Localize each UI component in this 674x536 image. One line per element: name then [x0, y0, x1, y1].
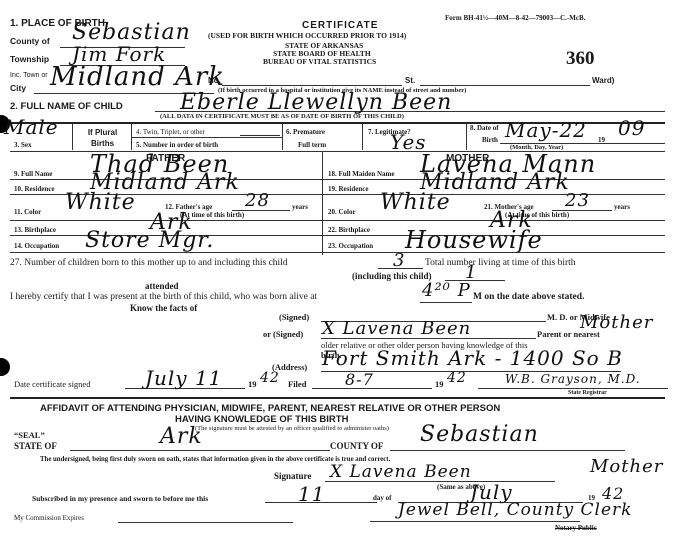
child-name-value: Eberle Llewellyn Been	[180, 90, 452, 115]
plural-label: If Plural Births	[80, 127, 125, 149]
father-color-value: White	[65, 190, 136, 215]
father-age-value: 28	[245, 190, 270, 211]
living-label: Total number living at time of this birt…	[425, 258, 576, 268]
father-age-unit: years	[292, 203, 308, 211]
mother-age-unit: years	[614, 203, 630, 211]
affidavit-state-label: STATE OF	[14, 441, 57, 451]
birth-time-value: 4²⁰ P	[422, 280, 471, 301]
registrar-signature: W.B. Grayson, M.D.	[505, 372, 641, 386]
attended-label: attended	[145, 281, 179, 291]
form-number: Form BH-41½—40M—8-42—79003—C.-McB.	[445, 14, 585, 22]
certificate-title: CERTIFICATE	[302, 20, 378, 31]
know-facts-label: Know the facts of	[130, 303, 197, 313]
order-label: 5. Number in order of birth	[136, 141, 218, 149]
notary-label: Notary Public	[555, 524, 597, 532]
filed-year-value: 42	[447, 370, 467, 386]
filed-value: 8-7	[345, 370, 374, 389]
day-of-label: day of	[373, 494, 391, 502]
affidavit-note: (The signature must be attested by an of…	[195, 425, 389, 432]
all-data-note: (ALL DATA IN CERTIFICATE MUST BE AS OF D…	[160, 113, 404, 120]
twin-label: 4. Twin, Triplet, or other	[136, 128, 205, 136]
certificate-subtitle: (USED FOR BIRTH WHICH OCCURRED PRIOR TO …	[208, 31, 406, 40]
commission-label: My Commission Expires	[14, 514, 84, 522]
st-label: St.	[405, 76, 415, 85]
ward-label: Ward)	[592, 76, 614, 85]
affidavit-signature-value: X Lavena Been	[330, 462, 472, 482]
mother-color-value: White	[380, 190, 451, 215]
or-signed-value: X Lavena Been	[322, 318, 471, 339]
premature-label: 6. Premature	[286, 128, 325, 136]
affidavit-title-line1: AFFIDAVIT OF ATTENDING PHYSICIAN, MIDWIF…	[40, 403, 500, 414]
affidavit-signature-relation: Mother	[590, 456, 663, 477]
dob-value: May-22	[505, 118, 587, 142]
mother-age-value: 23	[565, 190, 590, 211]
date-signed-label: Date certificate signed	[14, 379, 90, 389]
birth-label: Birth	[482, 136, 498, 144]
signed-label: (Signed)	[279, 312, 309, 322]
mother-occupation-value: Housewife	[405, 226, 543, 254]
dob-label: 8. Date of	[470, 124, 499, 132]
father-birthplace-label: 13. Birthplace	[14, 226, 56, 234]
relation-value: Mother	[580, 312, 653, 333]
township-label: Township	[10, 54, 49, 64]
seal-label: “SEAL”	[14, 430, 45, 440]
officer-signature: Jewel Bell, County Clerk	[398, 500, 632, 520]
filed-year-prefix: 19	[435, 379, 444, 389]
sex-label: 3. Sex	[14, 141, 32, 149]
city-value: Midland Ark	[50, 62, 225, 92]
filed-label: Filed	[288, 379, 306, 389]
signed-year-value: 42	[260, 370, 280, 386]
punch-hole-bottom	[0, 358, 10, 376]
certificate-number: 360	[566, 48, 595, 70]
mother-residence-label: 19. Residence	[328, 185, 368, 193]
or-signed-label: or (Signed)	[263, 329, 303, 339]
statement-end: M on the date above stated.	[473, 292, 584, 302]
subscribed-day-value: 11	[298, 482, 325, 506]
date-signed-value: July 11	[145, 366, 222, 390]
city-label: City	[10, 83, 26, 93]
signed-year-prefix: 19	[248, 379, 257, 389]
dob-year-prefix: 19	[598, 136, 605, 144]
certification-statement: I hereby certify that I was present at t…	[10, 292, 317, 302]
affidavit-county-value: Sebastian	[420, 422, 539, 447]
father-residence-label: 10. Residence	[14, 185, 54, 193]
father-occupation-value: Store Mgr.	[85, 228, 214, 253]
sex-value: Male	[4, 115, 59, 139]
town-label: Inc. Town or	[10, 72, 48, 79]
signature-label: Signature	[274, 471, 311, 481]
subscribed-label: Subscribed in my presence and sworn to b…	[32, 494, 208, 503]
mother-name-label: 18. Full Maiden Name	[328, 170, 395, 178]
registrar-label: State Registrar	[568, 390, 607, 396]
no-label: No.	[208, 76, 221, 85]
father-name-label: 9. Full Name	[14, 170, 52, 178]
address-value: Fort Smith Ark - 1400 So B	[322, 346, 623, 370]
affidavit-county-label: COUNTY OF	[330, 441, 383, 451]
affidavit-state-value: Ark	[160, 424, 203, 449]
dob-year-value: 09	[618, 116, 645, 140]
children-count-label: 27. Number of children born to this moth…	[10, 258, 288, 268]
father-color-label: 11. Color	[14, 208, 41, 216]
bureau-heading: BUREAU OF VITAL STATISTICS	[263, 57, 376, 66]
children-born-value: 3	[393, 250, 405, 271]
county-label: County of	[10, 36, 50, 46]
mother-occupation-label: 23. Occupation	[328, 242, 373, 250]
child-name-label: 2. FULL NAME OF CHILD	[10, 101, 123, 112]
mother-birthplace-label: 22. Birthplace	[328, 226, 370, 234]
full-term-label: Full term	[298, 141, 326, 149]
mother-color-label: 20. Color	[328, 208, 356, 216]
father-occupation-label: 14. Occupation	[14, 242, 59, 250]
including-label: (including this child)	[352, 271, 432, 281]
